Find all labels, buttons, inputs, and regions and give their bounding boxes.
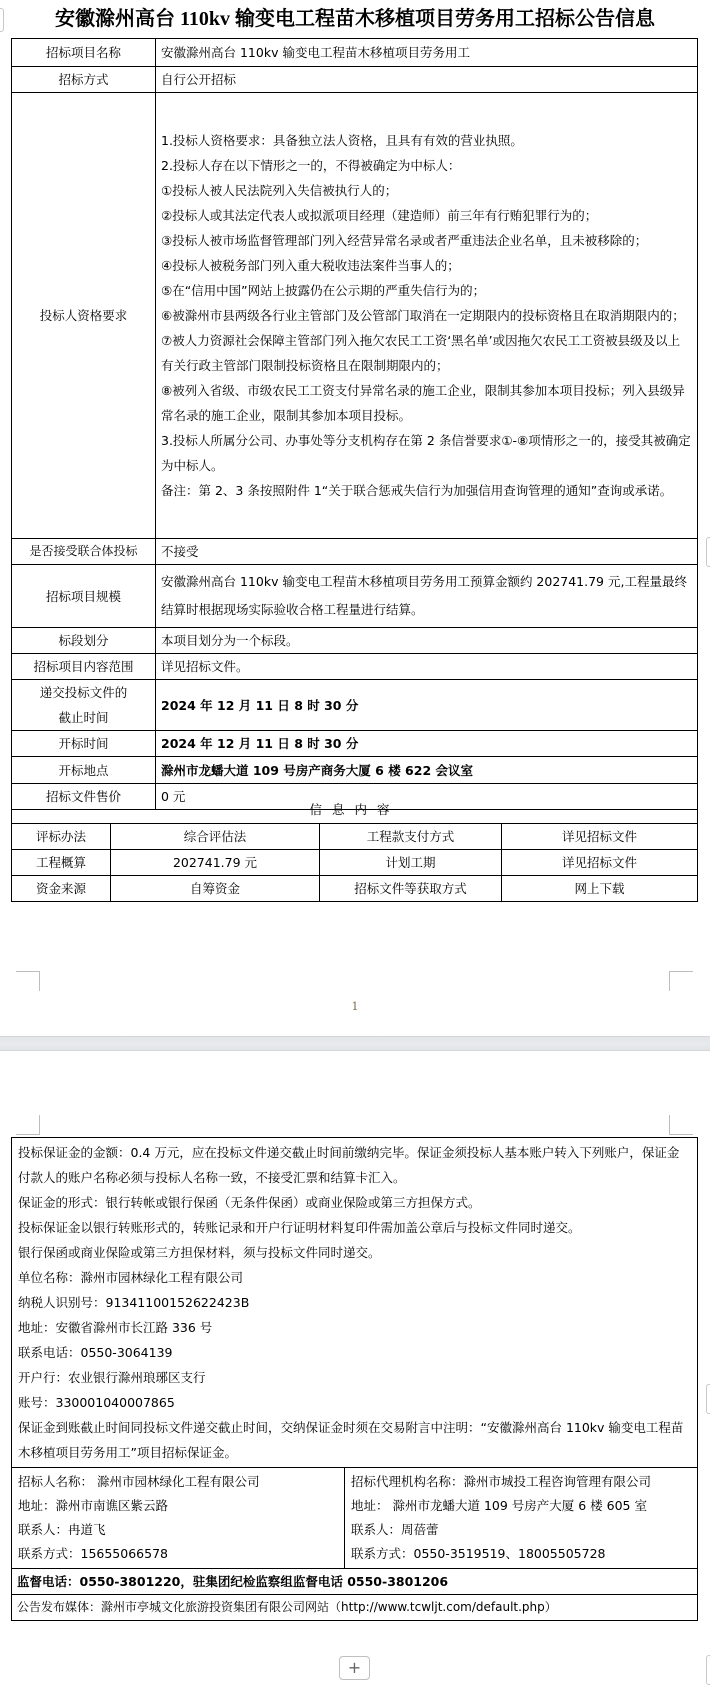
tender-info-table: 招标项目名称 安徽滁州高台 110kv 输变电工程苗木移植项目劳务用工 招标方式… [11, 38, 698, 810]
info-value: 详见招标文件 [502, 823, 698, 849]
row-label-line: 截止时间 [17, 705, 150, 730]
table-row: 开标时间 2024 年 12 月 11 日 8 时 30 分 [12, 731, 698, 757]
requirement-paragraph: ⑤在“信用中国”网站上披露仍在公示期的严重失信行为的； [161, 278, 692, 303]
tenderer-contact: 联系人：冉道飞 [18, 1518, 338, 1542]
row-label: 标段划分 [12, 628, 156, 654]
row-label: 递交投标文件的 截止时间 [12, 680, 156, 731]
page-separator [0, 1036, 710, 1051]
table-row: 是否接受联合体投标 不接受 [12, 539, 698, 565]
row-label: 投标人资格要求 [12, 93, 156, 539]
requirement-paragraph: ⑥被滁州市县两级各行业主管部门及公管部门取消在一定期限内的投标资格且在取消期限内… [161, 303, 692, 328]
info-label: 评标办法 [12, 823, 111, 849]
row-label: 招标项目名称 [12, 39, 156, 67]
info-value: 202741.79 元 [111, 849, 320, 875]
page-margin-mark [669, 971, 693, 991]
table-row: 评标办法 综合评估法 工程款支付方式 详见招标文件 [12, 823, 698, 849]
requirement-paragraph: ②投标人或其法定代表人或拟派项目经理（建造师）前三年有行贿犯罪行为的； [161, 203, 692, 228]
table-row: 工程概算 202741.79 元 计划工期 详见招标文件 [12, 849, 698, 875]
info-label: 资金来源 [12, 875, 111, 901]
page-margin-mark [16, 971, 40, 991]
info-label: 计划工期 [320, 849, 502, 875]
supervision-phone: 监督电话：0550-3801220，驻集团纪检监察组监督电话 0550-3801… [12, 1569, 698, 1595]
opening-location-value: 滁州市龙蟠大道 109 号房产商务大厦 6 楼 622 会议室 [156, 757, 698, 784]
row-label: 开标时间 [12, 731, 156, 757]
requirement-paragraph: 2.投标人存在以下情形之一的，不得被确定为中标人： [161, 153, 692, 178]
table-row: 招标方式 自行公开招标 [12, 67, 698, 93]
agency-info: 招标代理机构名称：滁州市城投工程咨询管理有限公司 地址： 滁州市龙蟠大道 109… [345, 1468, 698, 1569]
account-phone: 联系电话：0550-3064139 [18, 1340, 691, 1365]
project-name-value: 安徽滁州高台 110kv 输变电工程苗木移植项目劳务用工 [156, 39, 698, 67]
agency-address: 地址： 滁州市龙蟠大道 109 号房产大厦 6 楼 605 室 [351, 1494, 691, 1518]
agency-contact: 联系人：周蓓蕾 [351, 1518, 691, 1542]
opening-time-value: 2024 年 12 月 11 日 8 时 30 分 [156, 731, 698, 757]
row-label: 招标项目规模 [12, 565, 156, 628]
requirement-paragraph: ③投标人被市场监督管理部门列入经营异常名录或者严重违法企业名单，且未被移除的； [161, 228, 692, 253]
tenderer-name: 招标人名称： 滁州市园林绿化工程有限公司 [18, 1470, 338, 1494]
requirement-paragraph: ①投标人被人民法院列入失信被执行人的； [161, 178, 692, 203]
account-number: 账号：330001040007865 [18, 1390, 691, 1415]
info-header-row: 信息内容 [12, 796, 698, 823]
deposit-note: 保证金到账截止时间同投标文件递交截止时间，交纳保证金时须在交易附言中注明：“安徽… [18, 1415, 691, 1465]
table-row: 标段划分 本项目划分为一个标段。 [12, 628, 698, 654]
deposit-details: 投标保证金的金额：0.4 万元，应在投标文件递交截止时间前缴纳完毕。保证金须投标… [12, 1138, 698, 1468]
page-margin-mark [16, 1115, 40, 1135]
agency-name: 招标代理机构名称：滁州市城投工程咨询管理有限公司 [351, 1470, 691, 1494]
table-row: 招标项目名称 安徽滁州高台 110kv 输变电工程苗木移植项目劳务用工 [12, 39, 698, 67]
submission-deadline-value: 2024 年 12 月 11 日 8 时 30 分 [156, 680, 698, 731]
right-panel-handle[interactable] [706, 1655, 710, 1685]
tenderer-address: 地址：滁州市南谯区紫云路 [18, 1494, 338, 1518]
row-label-line: 递交投标文件的 [17, 680, 150, 705]
table-row: 公告发布媒体：滁州市亭城文化旅游投资集团有限公司网站（http://www.tc… [12, 1595, 698, 1621]
add-page-button[interactable]: + [339, 1656, 370, 1680]
tenderer-phone: 联系方式：15655066578 [18, 1542, 338, 1566]
info-label: 工程概算 [12, 849, 111, 875]
table-row: 资金来源 自筹资金 招标文件等获取方式 网上下载 [12, 875, 698, 901]
page-title: 安徽滁州高台 110kv 输变电工程苗木移植项目劳务用工招标公告信息 [0, 2, 710, 36]
info-content-header: 信息内容 [12, 796, 698, 823]
requirement-paragraph: ⑦被人力资源社会保障主管部门列入拖欠农民工工资‘黑名单’或因拖欠农民工工资被县级… [161, 328, 692, 378]
info-content-table: 信息内容 评标办法 综合评估法 工程款支付方式 详见招标文件 工程概算 2027… [11, 796, 698, 902]
page-margin-mark [669, 1115, 693, 1135]
table-row: 开标地点 滁州市龙蟠大道 109 号房产商务大厦 6 楼 622 会议室 [12, 757, 698, 784]
requirement-paragraph: 3.投标人所属分公司、办事处等分支机构存在第 2 条信誉要求①-⑧项情形之一的，… [161, 428, 692, 478]
publisher-info: 公告发布媒体：滁州市亭城文化旅游投资集团有限公司网站（http://www.tc… [12, 1595, 698, 1621]
deposit-paragraph: 银行保函或商业保险或第三方担保材料，须与投标文件同时递交。 [18, 1240, 691, 1265]
tenderer-info: 招标人名称： 滁州市园林绿化工程有限公司 地址：滁州市南谯区紫云路 联系人：冉道… [12, 1468, 345, 1569]
deposit-table: 投标保证金的金额：0.4 万元，应在投标文件递交截止时间前缴纳完毕。保证金须投标… [11, 1137, 698, 1621]
info-value: 网上下载 [502, 875, 698, 901]
right-panel-handle[interactable] [706, 537, 710, 567]
deposit-paragraph: 投标保证金的金额：0.4 万元，应在投标文件递交截止时间前缴纳完毕。保证金须投标… [18, 1140, 691, 1190]
info-value: 自筹资金 [111, 875, 320, 901]
segment-value: 本项目划分为一个标段。 [156, 628, 698, 654]
right-panel-handle[interactable] [706, 1384, 710, 1414]
account-address: 地址：安徽省滁州市长江路 336 号 [18, 1315, 691, 1340]
table-row: 监督电话：0550-3801220，驻集团纪检监察组监督电话 0550-3801… [12, 1569, 698, 1595]
table-row: 招标项目规模 安徽滁州高台 110kv 输变电工程苗木移植项目劳务用工预算金额约… [12, 565, 698, 628]
info-label: 招标文件等获取方式 [320, 875, 502, 901]
deposit-paragraph: 保证金的形式：银行转帐或银行保函（无条件保函）或商业保险或第三方担保方式。 [18, 1190, 691, 1215]
deposit-paragraph: 投标保证金以银行转账形式的，转账记录和开户行证明材料复印件需加盖公章后与投标文件… [18, 1215, 691, 1240]
qualification-requirements: 1.投标人资格要求：具备独立法人资格，且具有有效的营业执照。 2.投标人存在以下… [156, 93, 698, 539]
row-label: 招标方式 [12, 67, 156, 93]
requirement-paragraph: ④投标人被税务部门列入重大税收违法案件当事人的； [161, 253, 692, 278]
table-row: 投标人资格要求 1.投标人资格要求：具备独立法人资格，且具有有效的营业执照。 2… [12, 93, 698, 539]
info-value: 综合评估法 [111, 823, 320, 849]
row-label: 开标地点 [12, 757, 156, 784]
agency-phone: 联系方式：0550-3519519、18005505728 [351, 1542, 691, 1566]
table-row: 递交投标文件的 截止时间 2024 年 12 月 11 日 8 时 30 分 [12, 680, 698, 731]
taxpayer-id: 纳税人识别号：91341100152622423B [18, 1290, 691, 1315]
info-label: 工程款支付方式 [320, 823, 502, 849]
requirement-paragraph: 1.投标人资格要求：具备独立法人资格，且具有有效的营业执照。 [161, 128, 692, 153]
project-scale-value: 安徽滁州高台 110kv 输变电工程苗木移植项目劳务用工预算金额约 202741… [156, 565, 698, 628]
table-row: 招标项目内容范围 详见招标文件。 [12, 654, 698, 680]
table-row: 投标保证金的金额：0.4 万元，应在投标文件递交截止时间前缴纳完毕。保证金须投标… [12, 1138, 698, 1468]
joint-bid-value: 不接受 [156, 539, 698, 565]
table-row: 招标人名称： 滁州市园林绿化工程有限公司 地址：滁州市南谯区紫云路 联系人：冉道… [12, 1468, 698, 1569]
requirement-note: 备注：第 2、3 条按照附件 1“关于联合惩戒失信行为加强信用查询管理的通知”查… [161, 478, 692, 503]
info-value: 详见招标文件 [502, 849, 698, 875]
row-label: 招标项目内容范围 [12, 654, 156, 680]
account-bank: 开户行：农业银行滁州琅琊区支行 [18, 1365, 691, 1390]
account-name: 单位名称：滁州市园林绿化工程有限公司 [18, 1265, 691, 1290]
requirement-paragraph: ⑧被列入省级、市级农民工工资支付异常名录的施工企业，限制其参加本项目投标；列入县… [161, 378, 692, 428]
row-label: 是否接受联合体投标 [12, 539, 156, 565]
page-number: 1 [0, 1000, 710, 1013]
scope-value: 详见招标文件。 [156, 654, 698, 680]
tender-method-value: 自行公开招标 [156, 67, 698, 93]
